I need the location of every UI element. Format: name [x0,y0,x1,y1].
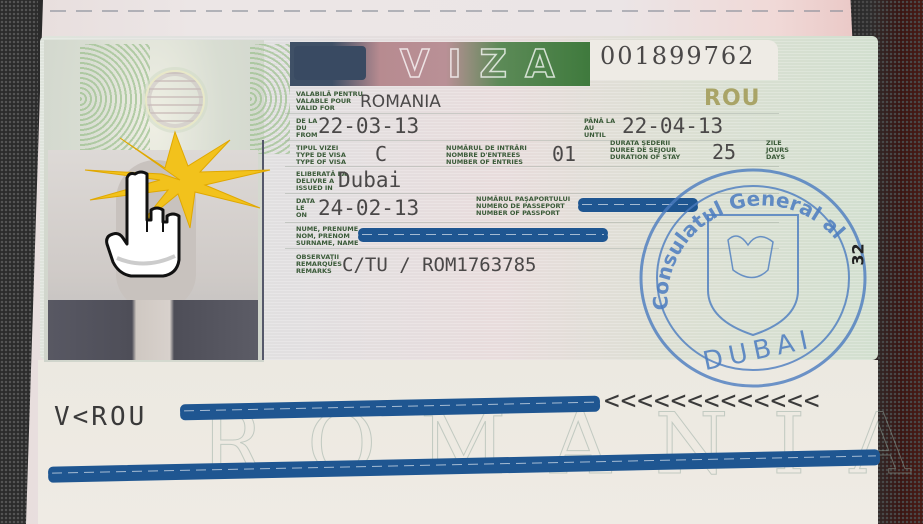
page-number: 32 [849,243,868,265]
entries-label: NUMĂRUL DE INTRĂRI NOMBRE D'ENTREES NUMB… [446,145,527,166]
passport-number-label: NUMĂRUL PAŞAPORTULUI NUMERO DE PASSEPORT… [476,196,570,217]
issue-date-label: DATA LE ON [296,198,315,219]
viza-banner: VIZA [290,42,590,86]
page-stitching [50,10,843,12]
mrz-line-1-prefix: V<ROU [54,402,147,432]
type-of-visa-label: TIPUL VIZEI TYPE DE VISA TYPE OF VISA [296,145,346,166]
photo-jacket [48,300,258,360]
serial-number: 001899762 [600,42,755,70]
mrz-line-1-suffix: <<<<<<<<<<<<< [604,386,821,416]
hand-pointer-icon [105,170,185,278]
until-label: PÂNĂ LA AU UNTIL [584,118,615,139]
remarks-value: C/TU / ROM1763785 [342,254,536,276]
type-of-visa-value: C [375,142,387,166]
eu-flag-icon [294,46,366,80]
entries-value: 01 [552,142,576,166]
duration-label: DURATA ŞEDERII DUREE DE SEJOUR DURATION … [610,140,680,161]
field-rule [285,140,779,141]
until-value: 22-04-13 [622,114,723,138]
surname-label: NUME, PRENUME NOM, PRENOM SURNAME, NAME [296,226,358,247]
stamp-arc-text: Consulatul General al României [628,160,855,311]
country-code: ROU [704,86,761,111]
from-value: 22-03-13 [318,114,419,138]
hologram-globe-icon [145,70,205,130]
surname-redaction [358,228,608,238]
valid-for-label: VALABILĂ PENTRU VALABLE POUR VALID FOR [296,91,363,112]
svg-text:Consulatul General al României: Consulatul General al României [628,160,855,311]
viza-title: VIZA [400,42,573,86]
consulate-stamp: Consulatul General al României DUBAI [628,160,878,395]
remarks-label: OBSERVAŢII REMARQUES REMARKS [296,254,342,275]
from-label: DE LA DU FROM [296,118,317,139]
valid-for-value: ROMANIA [360,92,441,112]
issue-date-value: 24-02-13 [318,196,419,220]
duration-unit-label: ZILE JOURS DAYS [766,140,789,161]
issued-in-value: Dubai [338,168,401,192]
